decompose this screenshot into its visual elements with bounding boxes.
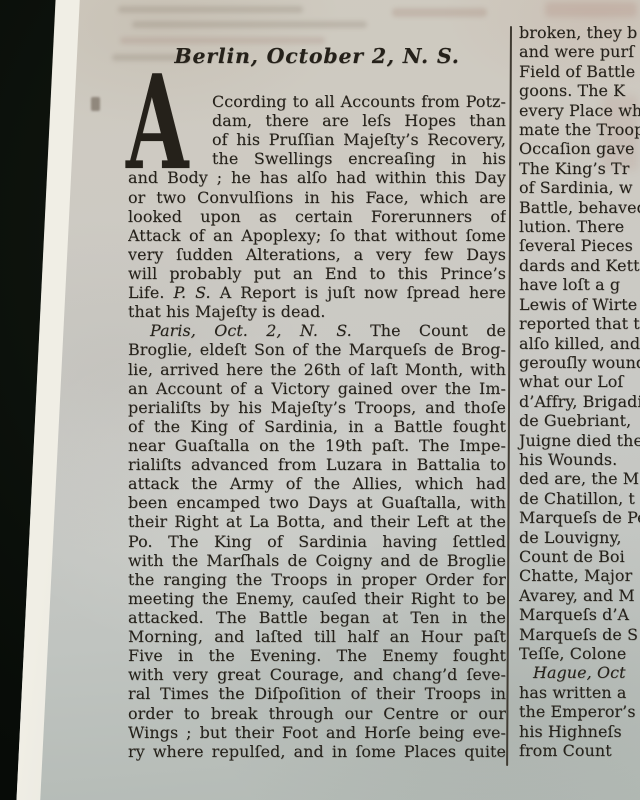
text-line: Five in the Evening. The Enemy fought: [128, 646, 506, 665]
text-line: Teſſe, Colone: [519, 644, 640, 663]
text-line: Marqueſs de Pe: [519, 508, 640, 527]
text-line: Juigne died the: [519, 431, 640, 450]
text-line: rialiſts advanced from Luzara in Battali…: [128, 455, 506, 474]
text-line: d’Affry, Brigadi: [519, 392, 640, 411]
text-fragment: Life.: [128, 283, 164, 302]
text-line: Paris, Oct. 2, N. S. The Count de: [128, 321, 506, 340]
left-column-text: Ccording to all Accounts from Potz- dam,…: [128, 92, 506, 761]
text-line: of the King of Sardinia, in a Battle fou…: [128, 417, 506, 436]
text-line: of Sardinia, w: [519, 178, 640, 197]
text-line: his Wounds.: [519, 450, 640, 469]
text-line: The King’s Tr: [519, 159, 640, 178]
text-line: dards and Kettl: [519, 256, 640, 275]
text-line: what our Loſ: [519, 372, 640, 391]
text-line: of his Pruſſian Majeſty’s Recovery,: [128, 130, 506, 149]
postscript-label: P. S.: [173, 283, 210, 302]
text-line: the Swellings encreaſing in his Legs: [128, 149, 506, 168]
bleedthrough-smudge: [392, 8, 487, 17]
newspaper-page: Berlin, October 2, N. S. A Ccording to a…: [0, 0, 640, 800]
text-line: their Right at La Botta, and their Left …: [128, 512, 506, 531]
text-line: ſeveral Pieces: [519, 236, 640, 255]
text-line: ded are, the M: [519, 469, 640, 488]
text-line: Hague, Oct: [519, 663, 640, 682]
text-line: Po. The King of Sardinia having ſettled: [128, 532, 506, 551]
text-line: mate the Troop: [519, 120, 640, 139]
text-line: order to break through our Centre or our: [128, 704, 506, 723]
text-line: dam, there are leſs Hopes than ever: [128, 111, 506, 130]
newspaper-photo: Berlin, October 2, N. S. A Ccording to a…: [0, 0, 640, 800]
text-line: Broglie, eldeſt Son of the Marqueſs de B…: [128, 340, 506, 359]
text-fragment: A Report is juſt now ſpread here: [220, 283, 506, 302]
text-line: Marqueſs d’A: [519, 605, 640, 624]
text-line: that his Majeſty is dead.: [128, 302, 506, 321]
text-line: with very great Courage, and chang’d ſev…: [128, 665, 506, 684]
text-line: Count de Boi: [519, 547, 640, 566]
text-line: with the Marſhals de Coigny and de Brogl…: [128, 551, 506, 570]
text-line: Morning, and laſted till half an Hour pa…: [128, 627, 506, 646]
column-divider: [506, 26, 512, 766]
text-line: the Emperor’s: [519, 702, 640, 721]
hague-dateline: Hague, Oct: [533, 663, 626, 682]
bleedthrough-smudge: [132, 21, 367, 28]
text-line: looked upon as certain Forerunners of an…: [128, 207, 506, 226]
paris-dateline: Paris, Oct. 2, N. S.: [150, 321, 352, 340]
bleedthrough-smudge: [120, 37, 325, 44]
text-line: the ranging the Troops in proper Order f…: [128, 570, 506, 589]
text-line: and were purſ: [519, 42, 640, 61]
text-line: reported that th: [519, 314, 640, 333]
text-line: Marqueſs de S: [519, 625, 640, 644]
text-line: near Guaſtalla on the 19th paſt. The Imp…: [128, 436, 506, 455]
text-line: de Chatillon, t: [519, 489, 640, 508]
text-line: Ccording to all Accounts from Potz-: [128, 92, 506, 111]
stain: [545, 2, 637, 17]
text-line: very ſudden Alterations, a very few Days: [128, 245, 506, 264]
text-line: alſo killed, and: [519, 334, 640, 353]
text-line: Occaſion gave: [519, 139, 640, 158]
text-line: attacked. The Battle began at Ten in the: [128, 608, 506, 627]
text-line: Field of Battle: [519, 62, 640, 81]
text-line: will probably put an End to this Prince’…: [128, 264, 506, 283]
text-line: ry where repulſed, and in ſome Places qu…: [128, 742, 506, 761]
text-line: have loſt a g: [519, 275, 640, 294]
text-line: attack the Army of the Allies, which had: [128, 474, 506, 493]
text-line: de Guebriant,: [519, 411, 640, 430]
text-line: perialiſts by his Majeſty’s Troops, and …: [128, 398, 506, 417]
text-line: his Highneſs: [519, 722, 640, 741]
text-line: Lewis of Wirte: [519, 295, 640, 314]
text-line: Avarey, and M: [519, 586, 640, 605]
text-line: or two Convulſions in his Face, which ar…: [128, 188, 506, 207]
text-line: from Count: [519, 741, 640, 760]
text-line: meeting the Enemy, cauſed their Right to…: [128, 589, 506, 608]
text-line: Battle, behaved: [519, 198, 640, 217]
ink-speck: [91, 97, 100, 111]
text-line: gerouſly wound: [519, 353, 640, 372]
text-line: Life. P. S. A Report is juſt now ſpread …: [128, 283, 506, 302]
text-line: has written a: [519, 683, 640, 702]
text-line: ral Times the Diſpoſition of their Troop…: [128, 684, 506, 703]
text-line: Attack of an Apoplexy; ſo that without ſ…: [128, 226, 506, 245]
text-fragment: The Count de: [370, 321, 506, 340]
text-line: been encamped two Days at Guaſtalla, wit…: [128, 493, 506, 512]
text-line: lie, arrived here the 26th of laſt Month…: [128, 360, 506, 379]
text-line: lution. There: [519, 217, 640, 236]
right-column-text: broken, they b and were purſ Field of Ba…: [519, 23, 640, 760]
text-line: goons. The K: [519, 81, 640, 100]
bleedthrough-smudge: [118, 6, 303, 13]
text-line: Chatte, Major: [519, 566, 640, 585]
text-line: an Account of a Victory gained over the …: [128, 379, 506, 398]
text-line: de Louvigny,: [519, 528, 640, 547]
text-line: Wings ; but their Foot and Horſe being e…: [128, 723, 506, 742]
text-line: broken, they b: [519, 23, 640, 42]
text-line: and Body ; he has alſo had within this D…: [128, 168, 506, 187]
text-line: every Place wh: [519, 101, 640, 120]
